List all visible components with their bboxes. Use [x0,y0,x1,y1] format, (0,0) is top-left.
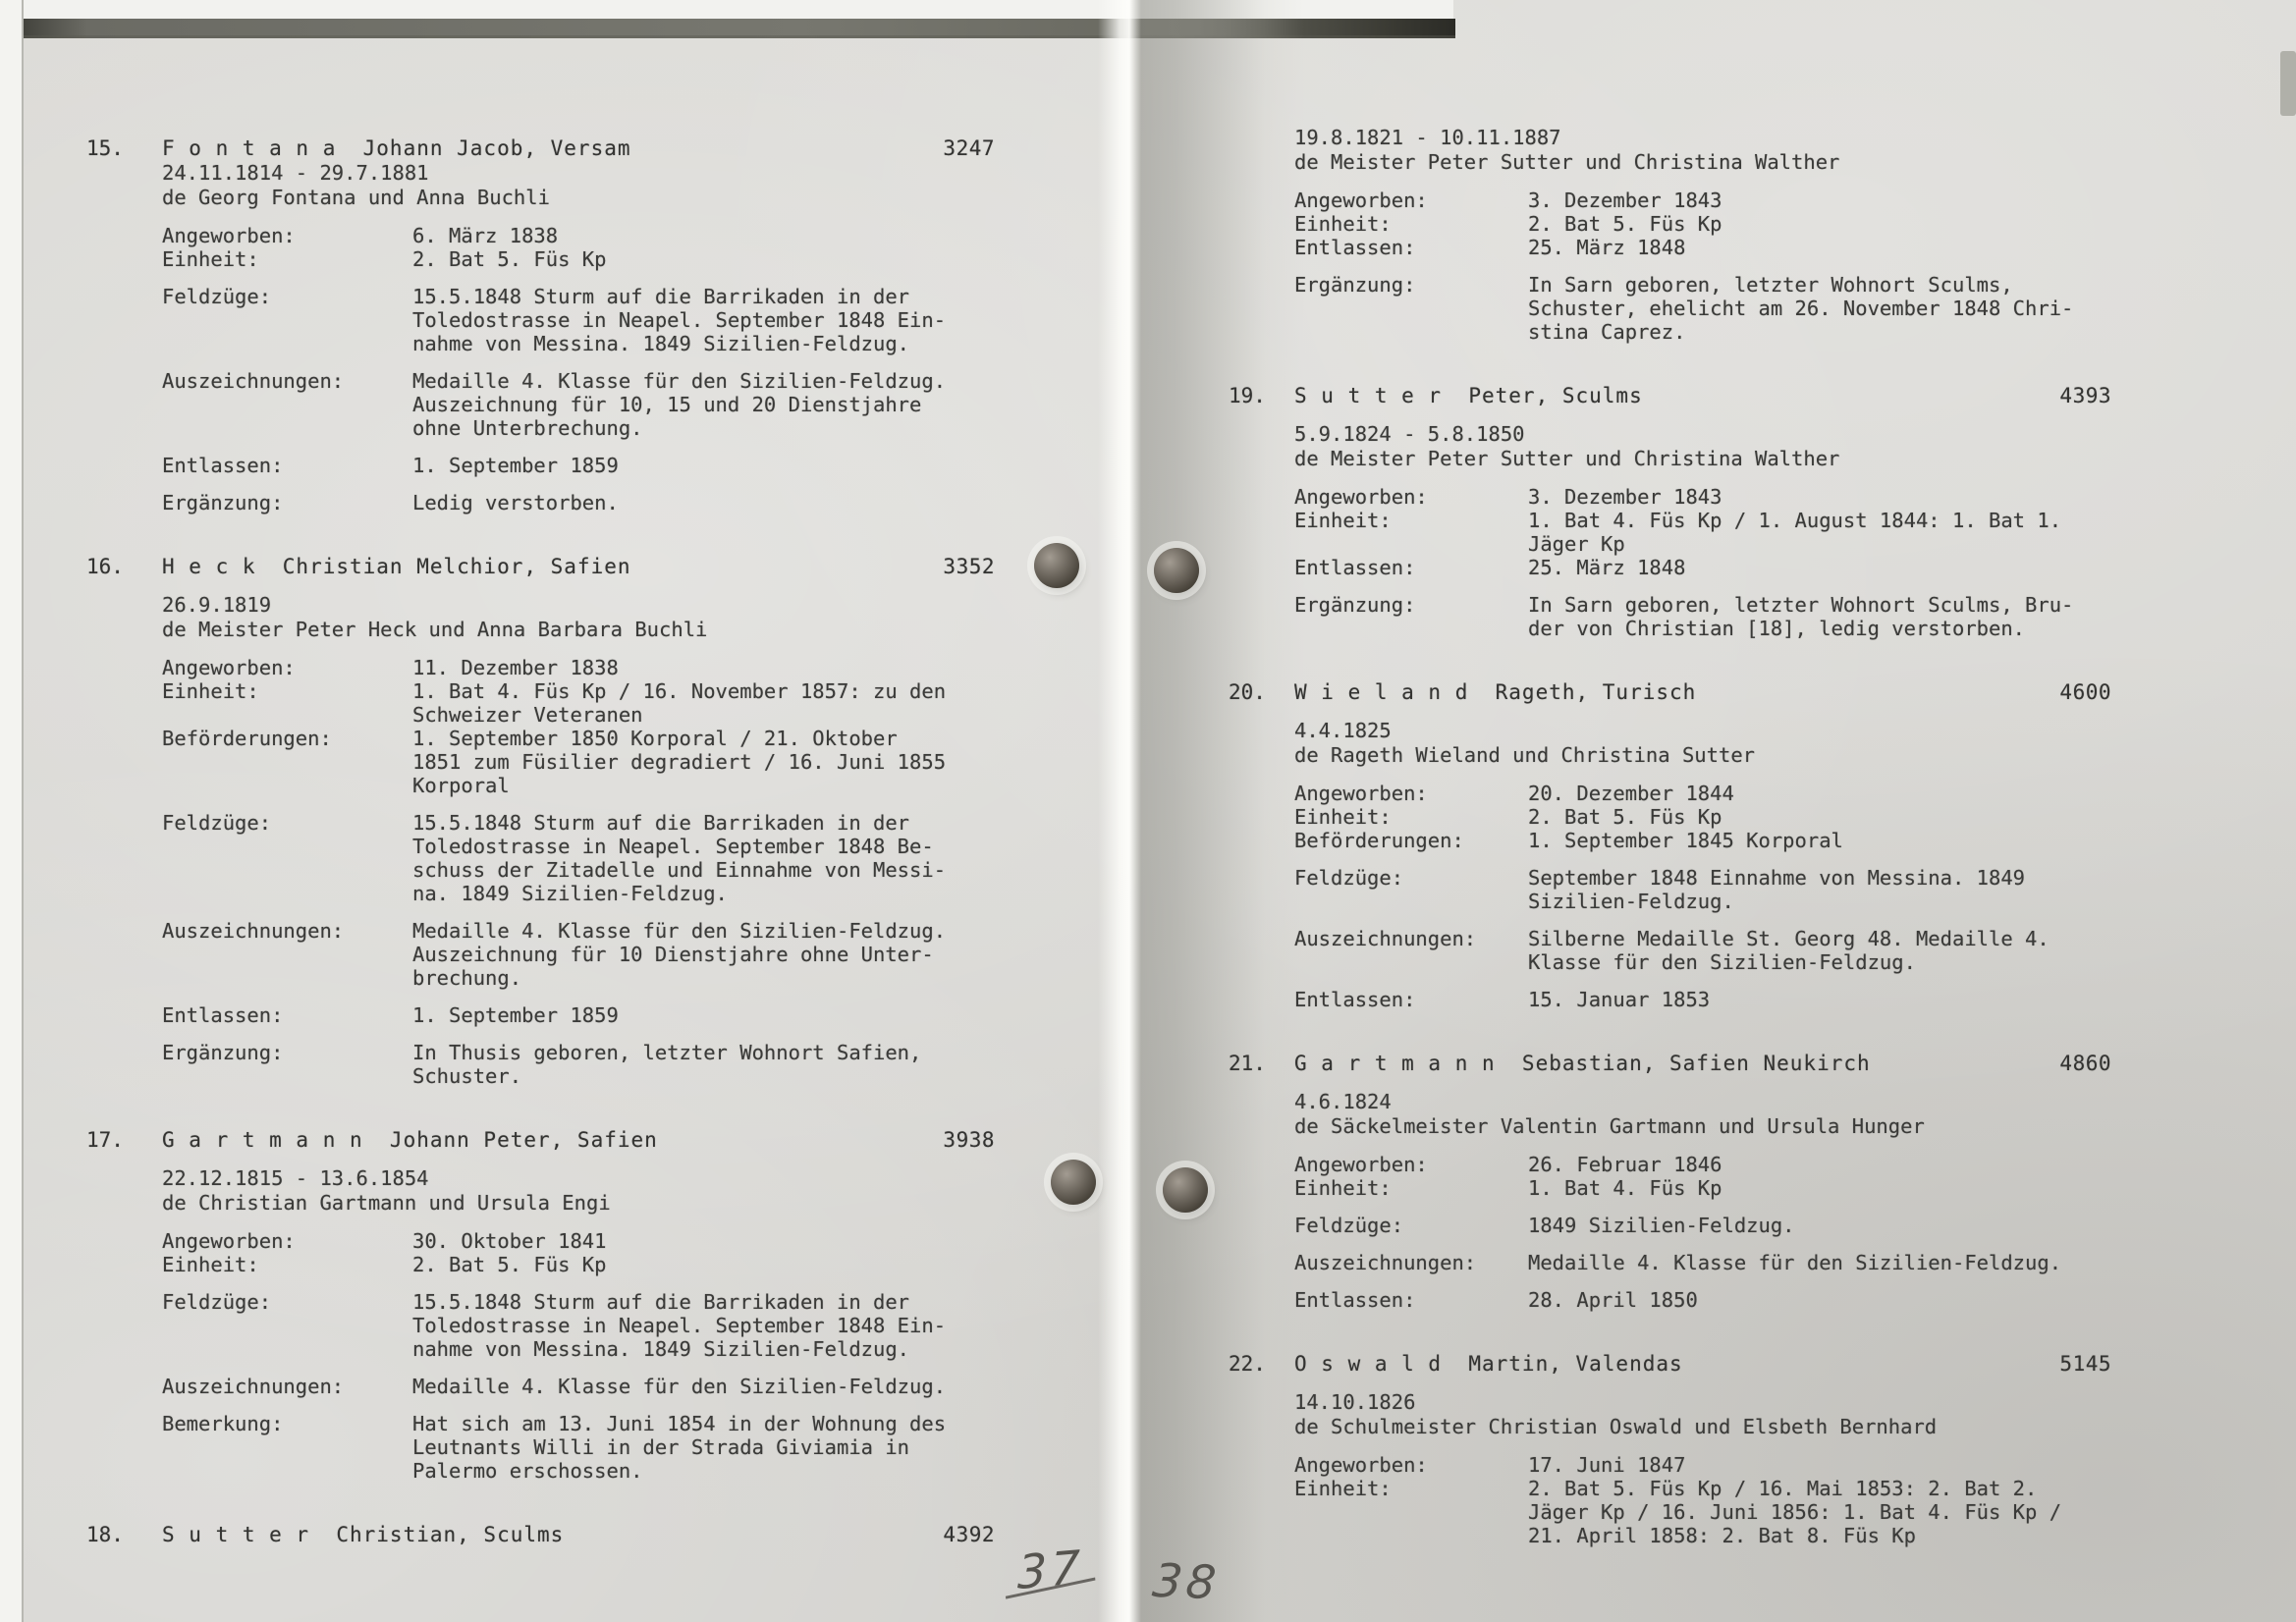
field-row: Auszeichnungen:Silberne Medaille St. Geo… [1294,927,2111,974]
field-group: Auszeichnungen:Medaille 4. Klasse für de… [162,919,995,990]
field-value: In Sarn geboren, letzter Wohnort Sculms,… [1528,273,2073,344]
entry-regno: 3352 [943,554,995,579]
life-dates: 19.8.1821 - 10.11.1887 [1294,126,2111,150]
field-group: Auszeichnungen:Medaille 4. Klasse für de… [162,369,995,440]
field-group: Angeworben:6. März 1838Einheit:2. Bat 5.… [162,224,995,271]
field-group: Entlassen:15. Januar 1853 [1294,988,2111,1011]
field-value: 3. Dezember 1843 [1528,189,1722,212]
entry-body: 19.8.1821 - 10.11.1887de Meister Peter S… [1294,126,2111,344]
field-group: Feldzüge:15.5.1848 Sturm auf die Barrika… [162,285,995,355]
entry-vitals: 26.9.1819de Meister Peter Heck und Anna … [162,593,995,642]
field-row: Angeworben:6. März 1838 [162,224,995,247]
entry-vitals: 4.4.1825de Rageth Wieland und Christina … [1294,719,2111,768]
field-value: Ledig verstorben. [412,491,619,514]
field-row: Angeworben:3. Dezember 1843 [1294,189,2111,212]
field-row: Auszeichnungen:Medaille 4. Klasse für de… [162,369,995,440]
field-value: 30. Oktober 1841 [412,1229,606,1253]
field-row: Einheit:1. Bat 4. Füs Kp / 16. November … [162,679,995,727]
field-value: 11. Dezember 1838 [412,656,619,679]
binding-hole [1163,1167,1208,1213]
field-row: Feldzüge:September 1848 Einnahme von Mes… [1294,866,2111,913]
field-value: 28. April 1850 [1528,1288,1698,1312]
field-value: 1. September 1850 Korporal / 21. Oktober… [412,727,946,797]
field-value: 15.5.1848 Sturm auf die Barrikaden in de… [412,285,946,355]
field-group: Auszeichnungen:Medaille 4. Klasse für de… [1294,1251,2111,1274]
page-number-handwritten: 37 [1017,1541,1085,1600]
field-row: Einheit:2. Bat 5. Füs Kp / 16. Mai 1853:… [1294,1477,2111,1547]
field-row: Ergänzung:In Sarn geboren, letzter Wohno… [1294,273,2111,344]
field-label: Einheit: [162,247,412,271]
field-group: Auszeichnungen:Silberne Medaille St. Geo… [1294,927,2111,974]
page-left: 15.F o n t a n a Johann Jacob, Versam324… [86,135,995,1547]
field-value: Silberne Medaille St. Georg 48. Medaille… [1528,927,2050,974]
life-dates: 22.12.1815 - 13.6.1854 [162,1166,995,1191]
field-row: Angeworben:26. Februar 1846 [1294,1153,2111,1176]
register-entry: 18.S u t t e r Christian, Sculms4392 [86,1522,995,1547]
entry-name: W i e l a n d Rageth, Turisch [1294,679,1696,705]
field-value: 1. September 1859 [412,1003,619,1027]
field-label: Entlassen: [1294,556,1528,579]
field-row: Feldzüge:15.5.1848 Sturm auf die Barrika… [162,285,995,355]
field-label: Entlassen: [1294,236,1528,259]
field-label: Auszeichnungen: [162,919,412,990]
binding-hole [1154,548,1199,593]
field-value: 26. Februar 1846 [1528,1153,1722,1176]
register-entry: 15.F o n t a n a Johann Jacob, Versam324… [86,135,995,514]
field-value: Medaille 4. Klasse für den Sizilien-Feld… [412,369,946,440]
field-row: Angeworben:11. Dezember 1838 [162,656,995,679]
entry-number: 20. [1229,679,1294,705]
parents-line: de Säckelmeister Valentin Gartmann und U… [1294,1114,2111,1139]
field-label: Ergänzung: [162,1041,412,1088]
field-row: Auszeichnungen:Medaille 4. Klasse für de… [162,919,995,990]
field-label: Angeworben: [162,656,412,679]
field-row: Beförderungen:1. September 1845 Korporal [1294,829,2111,852]
parents-line: de Meister Peter Sutter und Christina Wa… [1294,447,2111,471]
entry-header: 17.G a r t m a n n Johann Peter, Safien3… [86,1127,995,1153]
field-value: 1. September 1859 [412,454,619,477]
parents-line: de Meister Peter Sutter und Christina Wa… [1294,150,2111,175]
field-label: Feldzüge: [1294,866,1528,913]
register-entry: 20.W i e l a n d Rageth, Turisch46004.4.… [1229,679,2111,1011]
scan-edge-mark [2280,51,2296,116]
life-dates: 24.11.1814 - 29.7.1881 [162,161,995,186]
entry-vitals: 5.9.1824 - 5.8.1850de Meister Peter Sutt… [1294,422,2111,471]
field-row: Entlassen:28. April 1850 [1294,1288,2111,1312]
field-label: Feldzüge: [162,811,412,905]
field-value: Medaille 4. Klasse für den Sizilien-Feld… [412,1375,946,1398]
field-label: Einheit: [1294,212,1528,236]
field-label: Einheit: [162,679,412,727]
entry-number: 17. [86,1127,162,1153]
field-groups: Angeworben:3. Dezember 1843Einheit:1. Ba… [1294,485,2111,640]
entry-regno: 4393 [2059,383,2111,408]
entry-regno: 4600 [2059,679,2111,705]
field-row: Feldzüge:15.5.1848 Sturm auf die Barrika… [162,811,995,905]
field-row: Einheit:2. Bat 5. Füs Kp [162,1253,995,1276]
field-group: Ergänzung:In Sarn geboren, letzter Wohno… [1294,593,2111,640]
field-value: 1849 Sizilien-Feldzug. [1528,1214,1795,1237]
field-value: In Sarn geboren, letzter Wohnort Sculms,… [1528,593,2073,640]
entry-body: 4.6.1824de Säckelmeister Valentin Gartma… [1294,1090,2111,1312]
field-row: Ergänzung:In Sarn geboren, letzter Wohno… [1294,593,2111,640]
field-label: Einheit: [162,1253,412,1276]
field-label: Angeworben: [162,1229,412,1253]
field-value: 17. Juni 1847 [1528,1453,1685,1477]
field-row: Entlassen:25. März 1848 [1294,556,2111,579]
field-label: Feldzüge: [162,1290,412,1361]
register-entry: 21.G a r t m a n n Sebastian, Safien Neu… [1229,1051,2111,1312]
field-label: Auszeichnungen: [162,1375,412,1398]
entry-number: 19. [1229,383,1294,408]
entry-vitals: 14.10.1826de Schulmeister Christian Oswa… [1294,1390,2111,1439]
entry-vitals: 19.8.1821 - 10.11.1887de Meister Peter S… [1294,126,2111,175]
field-value: September 1848 Einnahme von Messina. 184… [1528,866,2025,913]
entry-header: 16.H e c k Christian Melchior, Safien335… [86,554,995,579]
entry-number: 15. [86,135,162,161]
entry-header: 19.S u t t e r Peter, Sculms4393 [1229,383,2111,408]
field-group: Feldzüge:September 1848 Einnahme von Mes… [1294,866,2111,913]
entry-body: 14.10.1826de Schulmeister Christian Oswa… [1294,1390,2111,1547]
field-label: Einheit: [1294,1176,1528,1200]
parents-line: de Georg Fontana und Anna Buchli [162,186,995,210]
parents-line: de Schulmeister Christian Oswald und Els… [1294,1415,2111,1439]
parents-line: de Rageth Wieland und Christina Sutter [1294,743,2111,768]
field-groups: Angeworben:11. Dezember 1838Einheit:1. B… [162,656,995,1088]
register-entry: 19.S u t t e r Peter, Sculms43935.9.1824… [1229,383,2111,640]
field-group: Bemerkung:Hat sich am 13. Juni 1854 in d… [162,1412,995,1483]
field-row: Einheit:2. Bat 5. Füs Kp [1294,212,2111,236]
entry-header: 22.O s w a l d Martin, Valendas5145 [1229,1351,2111,1377]
field-groups: Angeworben:20. Dezember 1844Einheit:2. B… [1294,782,2111,1011]
field-label: Ergänzung: [1294,593,1528,640]
field-row: Angeworben:17. Juni 1847 [1294,1453,2111,1477]
entry-body: 4.4.1825de Rageth Wieland und Christina … [1294,719,2111,1011]
entry-regno: 5145 [2059,1351,2111,1377]
page-number-handwritten: 38 [1150,1554,1223,1610]
field-row: Einheit:2. Bat 5. Füs Kp [162,247,995,271]
field-group: Auszeichnungen:Medaille 4. Klasse für de… [162,1375,995,1398]
field-groups: Angeworben:3. Dezember 1843Einheit:2. Ba… [1294,189,2111,344]
field-value: 15.5.1848 Sturm auf die Barrikaden in de… [412,811,946,905]
page-right: 19.8.1821 - 10.11.1887de Meister Peter S… [1229,126,2111,1547]
life-dates: 4.6.1824 [1294,1090,2111,1114]
field-row: Entlassen:1. September 1859 [162,1003,995,1027]
field-label: Ergänzung: [162,491,412,514]
field-row: Einheit:1. Bat 4. Füs Kp [1294,1176,2111,1200]
register-entry: 17.G a r t m a n n Johann Peter, Safien3… [86,1127,995,1483]
field-label: Entlassen: [162,1003,412,1027]
entry-body: 22.12.1815 - 13.6.1854de Christian Gartm… [162,1166,995,1483]
field-group: Entlassen:1. September 1859 [162,1003,995,1027]
entry-regno: 4392 [943,1522,995,1547]
life-dates: 5.9.1824 - 5.8.1850 [1294,422,2111,447]
field-value: 2. Bat 5. Füs Kp / 16. Mai 1853: 2. Bat … [1528,1477,2061,1547]
field-label: Angeworben: [1294,485,1528,509]
field-label: Angeworben: [162,224,412,247]
field-row: Ergänzung:Ledig verstorben. [162,491,995,514]
entry-vitals: 22.12.1815 - 13.6.1854de Christian Gartm… [162,1166,995,1216]
field-label: Einheit: [1294,509,1528,556]
field-label: Entlassen: [1294,988,1528,1011]
field-row: Bemerkung:Hat sich am 13. Juni 1854 in d… [162,1412,995,1483]
field-group: Angeworben:3. Dezember 1843Einheit:2. Ba… [1294,189,2111,259]
field-label: Auszeichnungen: [1294,927,1528,974]
register-entry: 19.8.1821 - 10.11.1887de Meister Peter S… [1229,126,2111,344]
field-row: Beförderungen:1. September 1850 Korporal… [162,727,995,797]
register-entry: 22.O s w a l d Martin, Valendas514514.10… [1229,1351,2111,1547]
field-groups: Angeworben:6. März 1838Einheit:2. Bat 5.… [162,224,995,514]
field-groups: Angeworben:26. Februar 1846Einheit:1. Ba… [1294,1153,2111,1312]
field-row: Angeworben:20. Dezember 1844 [1294,782,2111,805]
field-label: Feldzüge: [162,285,412,355]
field-label: Entlassen: [162,454,412,477]
field-group: Ergänzung:Ledig verstorben. [162,491,995,514]
field-row: Einheit:1. Bat 4. Füs Kp / 1. August 184… [1294,509,2111,556]
entry-header: 15.F o n t a n a Johann Jacob, Versam324… [86,135,995,161]
field-group: Feldzüge:1849 Sizilien-Feldzug. [1294,1214,2111,1237]
field-label: Feldzüge: [1294,1214,1528,1237]
entry-regno: 4860 [2059,1051,2111,1076]
life-dates: 26.9.1819 [162,593,995,618]
field-group: Entlassen:28. April 1850 [1294,1288,2111,1312]
life-dates: 14.10.1826 [1294,1390,2111,1415]
field-row: Feldzüge:1849 Sizilien-Feldzug. [1294,1214,2111,1237]
field-value: 2. Bat 5. Füs Kp [1528,212,1722,236]
entry-header: 18.S u t t e r Christian, Sculms4392 [86,1522,995,1547]
binding-hole [1034,543,1079,588]
field-group: Ergänzung:In Sarn geboren, letzter Wohno… [1294,273,2111,344]
field-row: Ergänzung:In Thusis geboren, letzter Woh… [162,1041,995,1088]
field-value: 2. Bat 5. Füs Kp [412,247,606,271]
field-value: In Thusis geboren, letzter Wohnort Safie… [412,1041,921,1088]
field-group: Angeworben:11. Dezember 1838Einheit:1. B… [162,656,995,797]
field-label: Angeworben: [1294,189,1528,212]
life-dates: 4.4.1825 [1294,719,2111,743]
entry-regno: 3247 [943,135,995,161]
field-value: 15. Januar 1853 [1528,988,1710,1011]
field-label: Beförderungen: [162,727,412,797]
field-group: Angeworben:17. Juni 1847Einheit:2. Bat 5… [1294,1453,2111,1547]
entry-name: G a r t m a n n Johann Peter, Safien [162,1127,658,1153]
entry-name: H e c k Christian Melchior, Safien [162,554,631,579]
field-row: Feldzüge:15.5.1848 Sturm auf die Barrika… [162,1290,995,1361]
entry-regno: 3938 [943,1127,995,1153]
field-group: Feldzüge:15.5.1848 Sturm auf die Barrika… [162,1290,995,1361]
parents-line: de Meister Peter Heck und Anna Barbara B… [162,618,995,642]
field-group: Angeworben:20. Dezember 1844Einheit:2. B… [1294,782,2111,852]
entry-number: 22. [1229,1351,1294,1377]
entry-body: 24.11.1814 - 29.7.1881de Georg Fontana u… [162,161,995,514]
field-group: Angeworben:26. Februar 1846Einheit:1. Ba… [1294,1153,2111,1200]
entry-name: S u t t e r Christian, Sculms [162,1522,564,1547]
entry-number: 21. [1229,1051,1294,1076]
entry-name: O s w a l d Martin, Valendas [1294,1351,1683,1377]
entry-name: S u t t e r Peter, Sculms [1294,383,1643,408]
field-value: 1. September 1845 Korporal [1528,829,1843,852]
parents-line: de Christian Gartmann und Ursula Engi [162,1191,995,1216]
field-group: Entlassen:1. September 1859 [162,454,995,477]
entry-vitals: 24.11.1814 - 29.7.1881de Georg Fontana u… [162,161,995,210]
entry-header: 21.G a r t m a n n Sebastian, Safien Neu… [1229,1051,2111,1076]
field-row: Angeworben:3. Dezember 1843 [1294,485,2111,509]
field-label: Ergänzung: [1294,273,1528,344]
field-value: 2. Bat 5. Füs Kp [1528,805,1722,829]
entry-vitals: 4.6.1824de Säckelmeister Valentin Gartma… [1294,1090,2111,1139]
field-label: Auszeichnungen: [162,369,412,440]
field-label: Einheit: [1294,1477,1528,1547]
field-label: Angeworben: [1294,1153,1528,1176]
field-label: Entlassen: [1294,1288,1528,1312]
entry-number: 16. [86,554,162,579]
field-groups: Angeworben:17. Juni 1847Einheit:2. Bat 5… [1294,1453,2111,1547]
field-row: Angeworben:30. Oktober 1841 [162,1229,995,1253]
field-value: 20. Dezember 1844 [1528,782,1734,805]
register-entry: 16.H e c k Christian Melchior, Safien335… [86,554,995,1088]
field-value: 25. März 1848 [1528,236,1685,259]
entry-body: 5.9.1824 - 5.8.1850de Meister Peter Sutt… [1294,422,2111,640]
field-group: Ergänzung:In Thusis geboren, letzter Woh… [162,1041,995,1088]
scan-left-margin [0,0,24,1622]
field-value: 2. Bat 5. Füs Kp [412,1253,606,1276]
field-groups: Angeworben:30. Oktober 1841Einheit:2. Ba… [162,1229,995,1483]
entry-name: F o n t a n a Johann Jacob, Versam [162,135,631,161]
field-value: 25. März 1848 [1528,556,1685,579]
field-row: Entlassen:25. März 1848 [1294,236,2111,259]
field-label: Bemerkung: [162,1412,412,1483]
field-value: 1. Bat 4. Füs Kp / 1. August 1844: 1. Ba… [1528,509,2061,556]
field-label: Auszeichnungen: [1294,1251,1528,1274]
field-value: 6. März 1838 [412,224,558,247]
field-value: 1. Bat 4. Füs Kp / 16. November 1857: zu… [412,679,946,727]
field-row: Entlassen:1. September 1859 [162,454,995,477]
field-row: Auszeichnungen:Medaille 4. Klasse für de… [1294,1251,2111,1274]
entry-header: 20.W i e l a n d Rageth, Turisch4600 [1229,679,2111,705]
field-value: 1. Bat 4. Füs Kp [1528,1176,1722,1200]
field-value: 15.5.1848 Sturm auf die Barrikaden in de… [412,1290,946,1361]
field-group: Angeworben:30. Oktober 1841Einheit:2. Ba… [162,1229,995,1276]
field-group: Angeworben:3. Dezember 1843Einheit:1. Ba… [1294,485,2111,579]
field-value: 3. Dezember 1843 [1528,485,1722,509]
field-label: Angeworben: [1294,1453,1528,1477]
field-value: Hat sich am 13. Juni 1854 in der Wohnung… [412,1412,946,1483]
field-value: Medaille 4. Klasse für den Sizilien-Feld… [412,919,946,990]
field-row: Auszeichnungen:Medaille 4. Klasse für de… [162,1375,995,1398]
entry-number: 18. [86,1522,162,1547]
field-group: Feldzüge:15.5.1848 Sturm auf die Barrika… [162,811,995,905]
field-label: Beförderungen: [1294,829,1528,852]
field-label: Angeworben: [1294,782,1528,805]
entry-body: 26.9.1819de Meister Peter Heck und Anna … [162,593,995,1088]
field-row: Einheit:2. Bat 5. Füs Kp [1294,805,2111,829]
field-value: Medaille 4. Klasse für den Sizilien-Feld… [1528,1251,2061,1274]
binding-hole [1051,1160,1096,1205]
field-label: Einheit: [1294,805,1528,829]
entry-name: G a r t m a n n Sebastian, Safien Neukir… [1294,1051,1871,1076]
field-row: Entlassen:15. Januar 1853 [1294,988,2111,1011]
